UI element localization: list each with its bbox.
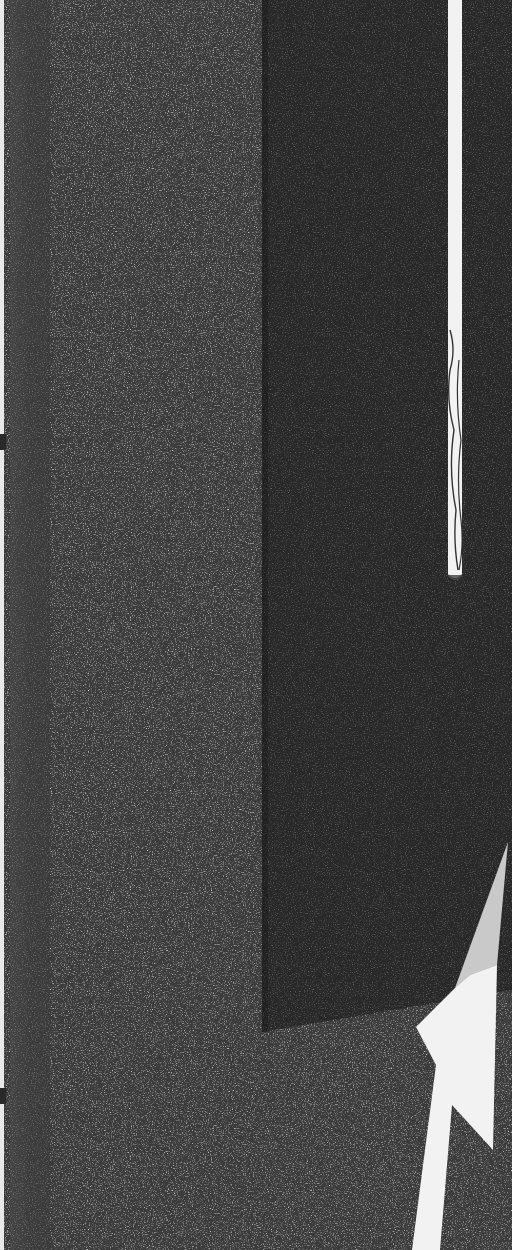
building-shadow [262,0,512,1032]
lane-line [448,0,462,579]
road-photo [0,0,512,1250]
